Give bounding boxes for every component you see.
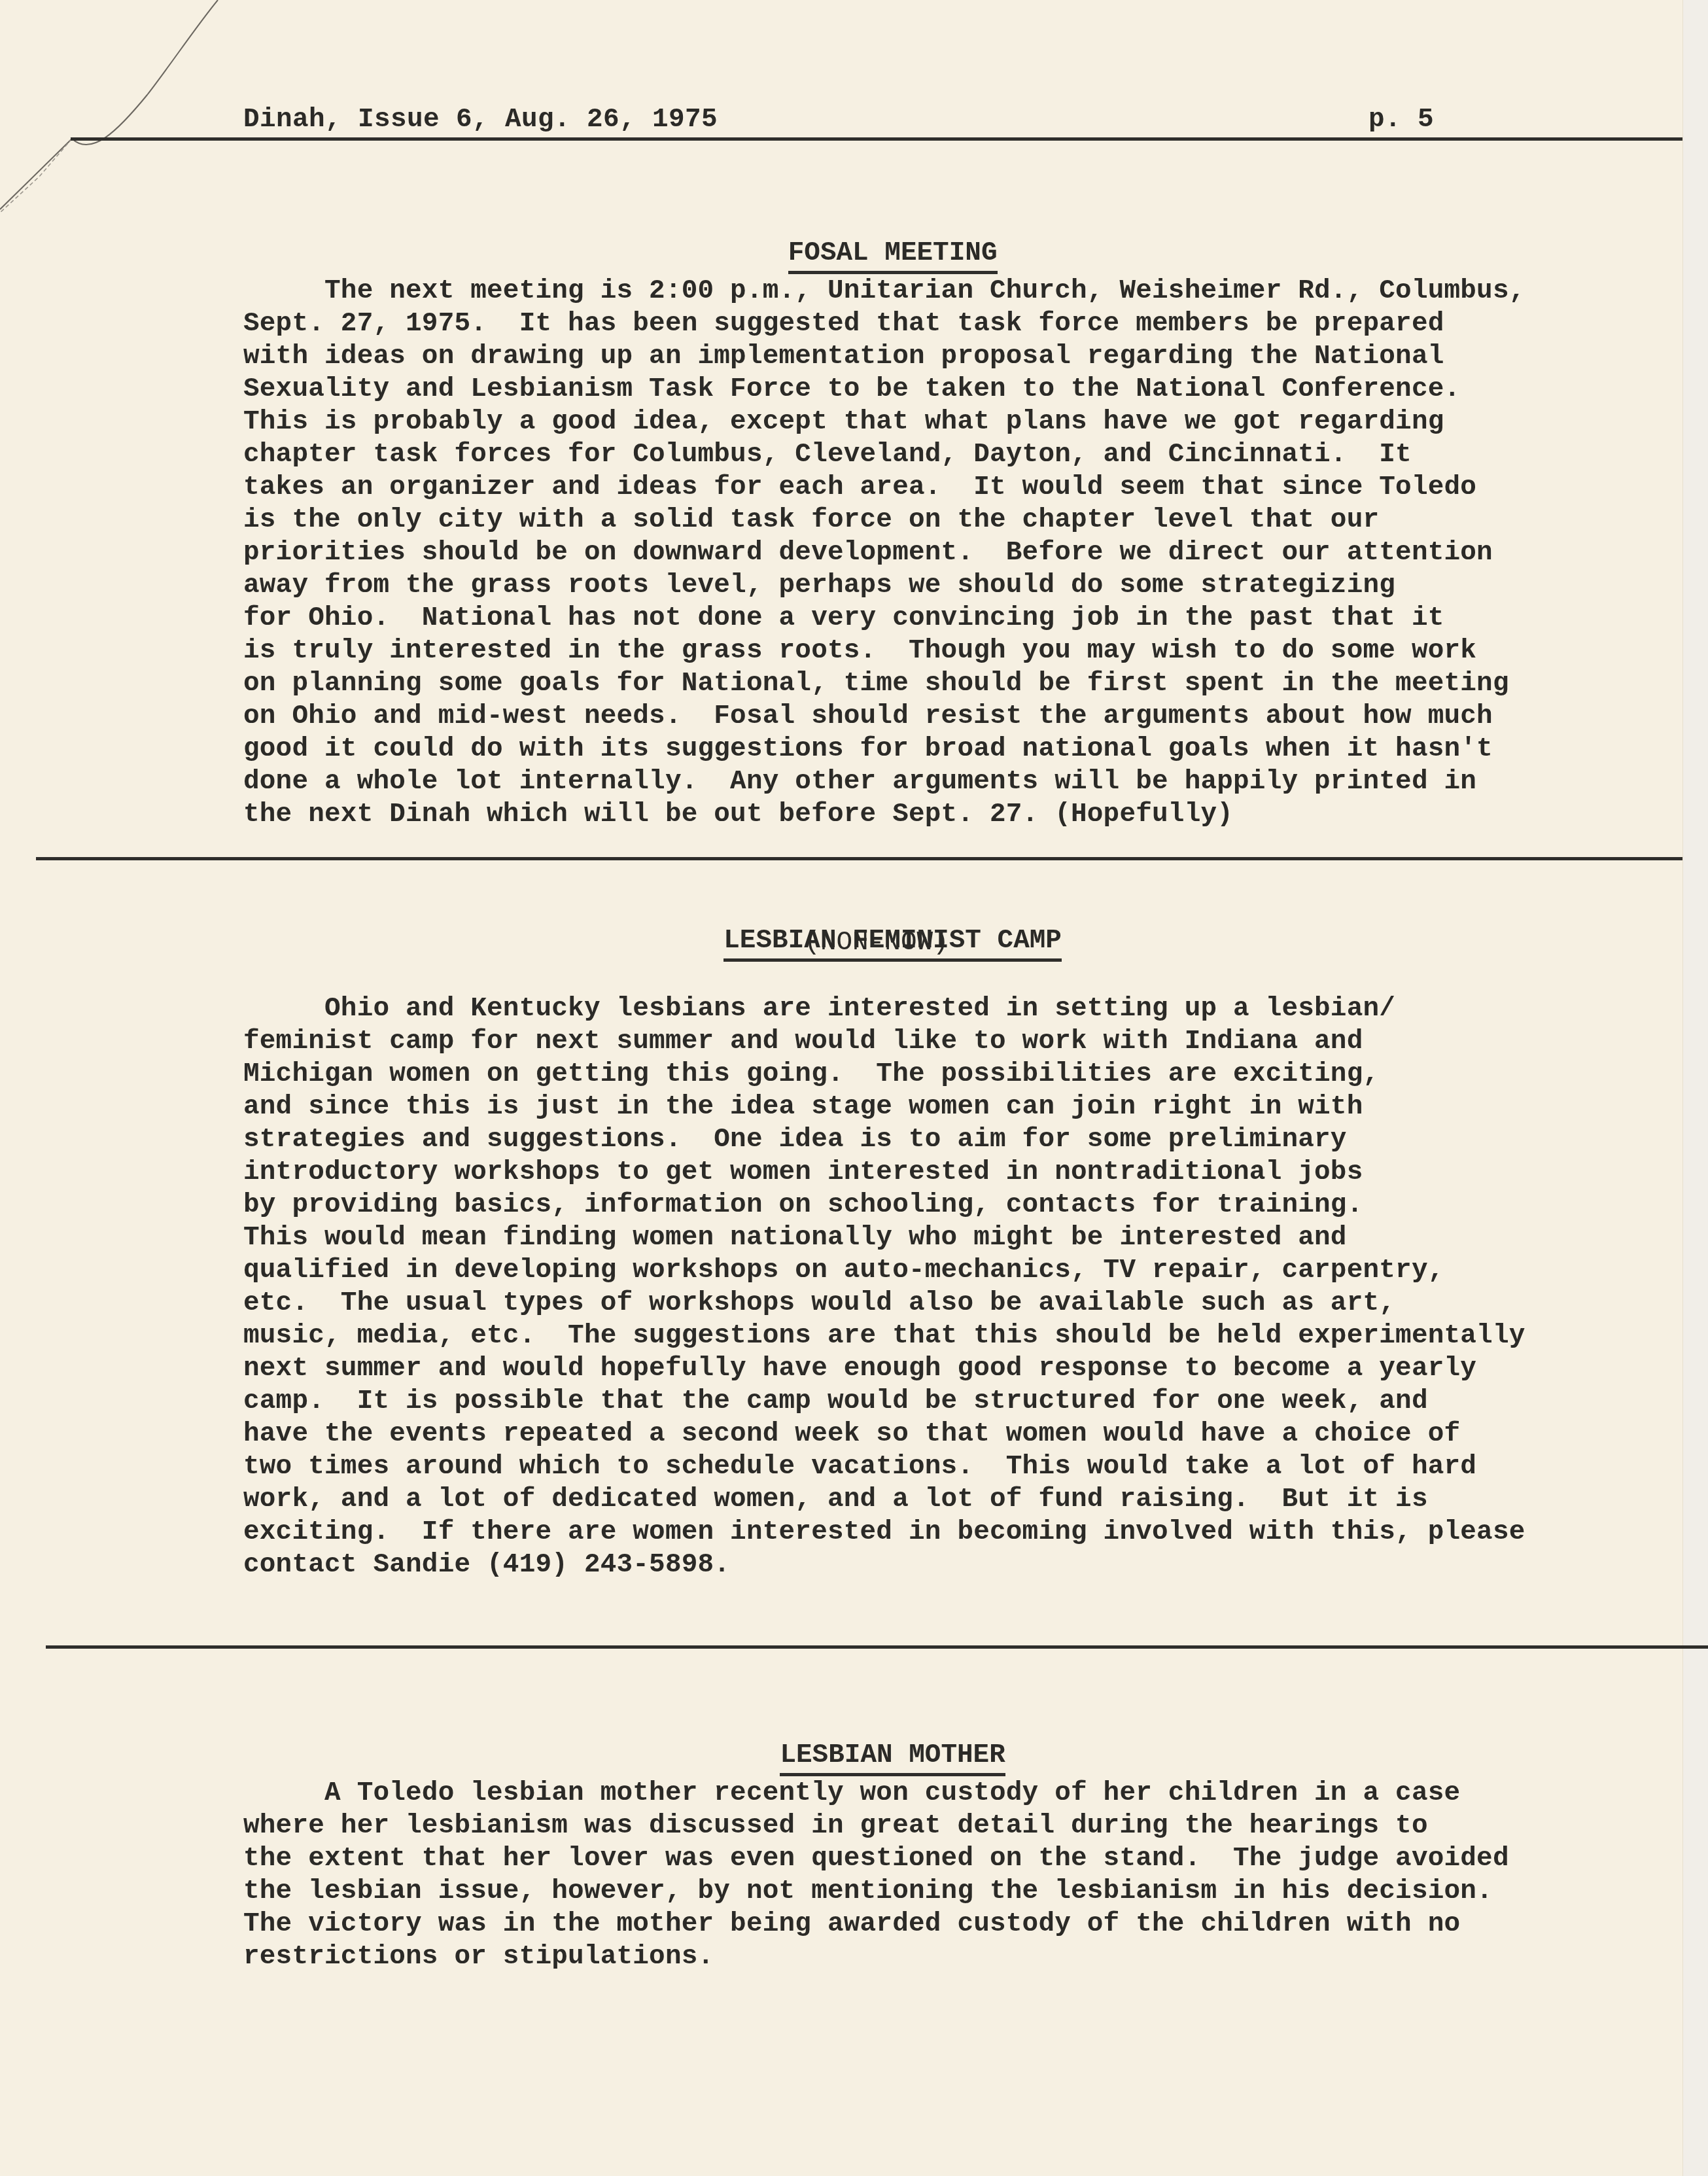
text-line: contact Sandie (419) 243-5898. — [243, 1549, 1525, 1581]
text-line: music, media, etc. The suggestions are t… — [243, 1320, 1525, 1352]
header-rule — [71, 137, 1682, 141]
publication-info: Dinah, Issue 6, Aug. 26, 1975 — [243, 105, 718, 135]
text-line: takes an organizer and ideas for each ar… — [243, 471, 1525, 504]
text-line: Ohio and Kentucky lesbians are intereste… — [243, 992, 1525, 1025]
text-line: priorities should be on downward develop… — [243, 536, 1525, 569]
text-line: two times around which to schedule vacat… — [243, 1450, 1525, 1483]
text-line: feminist camp for next summer and would … — [243, 1025, 1525, 1058]
text-line: on Ohio and mid-west needs. Fosal should… — [243, 700, 1525, 733]
text-line: restrictions or stipulations. — [243, 1940, 1509, 1973]
text-line: the lesbian issue, however, by not menti… — [243, 1875, 1509, 1908]
section-body-lesbian-feminist-camp: Ohio and Kentucky lesbians are intereste… — [243, 992, 1525, 1581]
page-edge — [1682, 0, 1708, 2176]
text-line: The victory was in the mother being awar… — [243, 1908, 1509, 1940]
text-line: with ideas on drawing up an implementati… — [243, 340, 1525, 373]
section-heading-fosal-meeting: FOSAL MEETING — [0, 208, 1708, 274]
text-line: qualified in developing workshops on aut… — [243, 1254, 1525, 1287]
text-line: This would mean finding women nationally… — [243, 1221, 1525, 1254]
text-line: the extent that her lover was even quest… — [243, 1842, 1509, 1875]
text-line: is truly interested in the grass roots. … — [243, 635, 1525, 667]
section-subtitle: (NON-NOW) — [0, 928, 1708, 958]
text-line: by providing basics, information on scho… — [243, 1189, 1525, 1221]
page-number: p. 5 — [1368, 105, 1434, 135]
text-line: chapter task forces for Columbus, Clevel… — [243, 438, 1525, 471]
text-line: etc. The usual types of workshops would … — [243, 1287, 1525, 1320]
text-line: This is probably a good idea, except tha… — [243, 406, 1525, 438]
paper-fold-crease — [0, 0, 262, 229]
section-body-fosal-meeting: The next meeting is 2:00 p.m., Unitarian… — [243, 275, 1525, 831]
text-line: A Toledo lesbian mother recently won cus… — [243, 1777, 1509, 1810]
text-line: introductory workshops to get women inte… — [243, 1156, 1525, 1189]
section-divider — [36, 857, 1682, 860]
text-line: have the events repeated a second week s… — [243, 1418, 1525, 1450]
text-line: exciting. If there are women interested … — [243, 1516, 1525, 1549]
section-heading-lesbian-mother: LESBIAN MOTHER — [0, 1710, 1708, 1776]
section-title: FOSAL MEETING — [788, 238, 998, 274]
text-line: Sexuality and Lesbianism Task Force to b… — [243, 373, 1525, 406]
text-line: camp. It is possible that the camp would… — [243, 1385, 1525, 1418]
section-title: LESBIAN MOTHER — [780, 1740, 1005, 1776]
text-line: and since this is just in the idea stage… — [243, 1091, 1525, 1123]
text-line: Sept. 27, 1975. It has been suggested th… — [243, 307, 1525, 340]
text-line: where her lesbianism was discussed in gr… — [243, 1810, 1509, 1842]
section-divider — [46, 1645, 1708, 1649]
text-line: strategies and suggestions. One idea is … — [243, 1123, 1525, 1156]
text-line: next summer and would hopefully have eno… — [243, 1352, 1525, 1385]
text-line: for Ohio. National has not done a very c… — [243, 602, 1525, 635]
text-line: Michigan women on getting this going. Th… — [243, 1058, 1525, 1091]
text-line: work, and a lot of dedicated women, and … — [243, 1483, 1525, 1516]
text-line: the next Dinah which will be out before … — [243, 798, 1525, 831]
section-body-lesbian-mother: A Toledo lesbian mother recently won cus… — [243, 1777, 1509, 1973]
text-line: good it could do with its suggestions fo… — [243, 733, 1525, 765]
text-line: The next meeting is 2:00 p.m., Unitarian… — [243, 275, 1525, 307]
text-line: is the only city with a solid task force… — [243, 504, 1525, 536]
text-line: done a whole lot internally. Any other a… — [243, 765, 1525, 798]
text-line: away from the grass roots level, perhaps… — [243, 569, 1525, 602]
text-line: on planning some goals for National, tim… — [243, 667, 1525, 700]
